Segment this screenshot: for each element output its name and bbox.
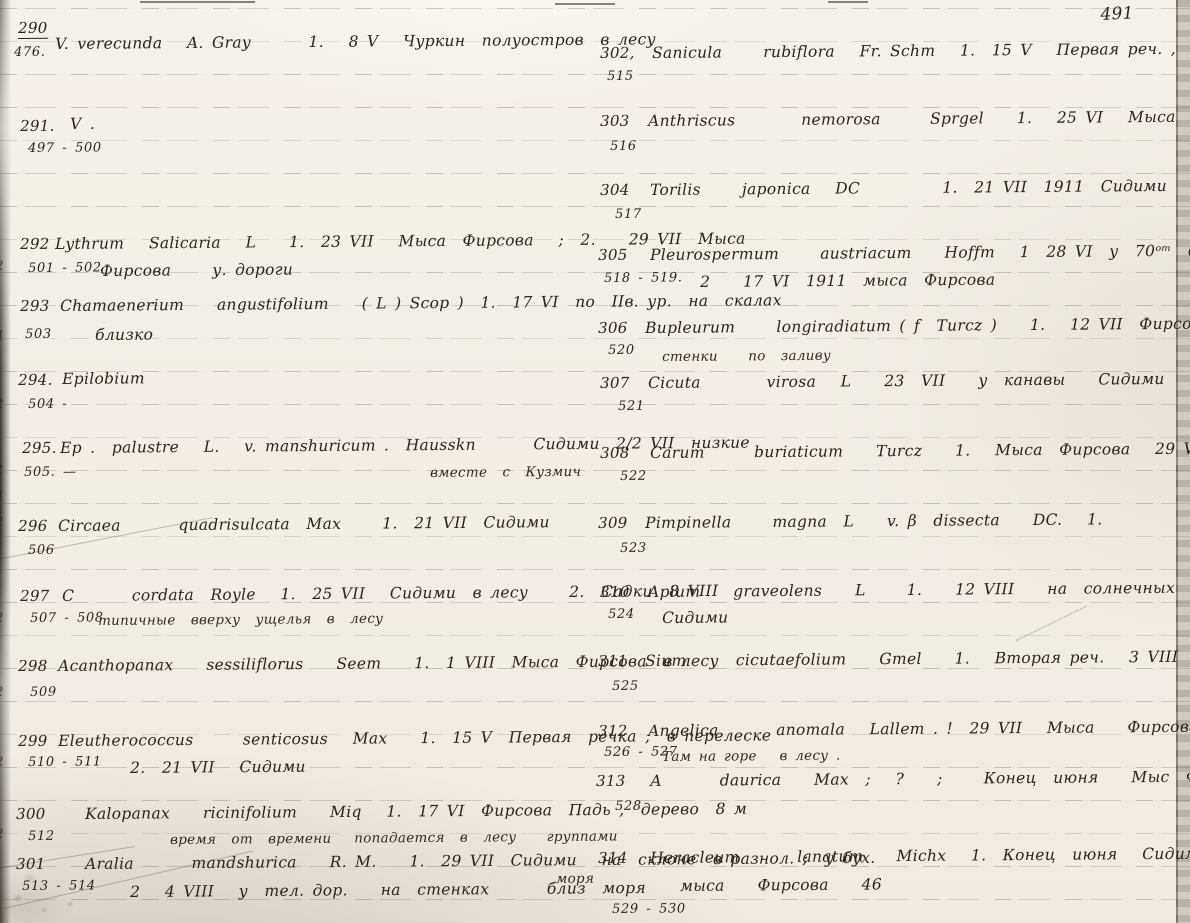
ruled-line — [0, 173, 1190, 174]
entry-297-number: 297 — [20, 588, 50, 605]
entry-300-line-2: время от времени попадается в лесу групп… — [170, 829, 618, 847]
entry-292-line-1: Lythrum Salicaria L 1. 23 VII Мыса Фирсо… — [55, 231, 746, 253]
margin-mark: 2 — [0, 398, 4, 412]
entry-310-line-1: Apium graveolens L 1. 12 VIII на солнечн… — [648, 578, 1190, 601]
entry-291-line-1: V . — [70, 116, 95, 133]
entry-306-specimens: 520 — [608, 344, 635, 359]
entry-294-number: 294. — [18, 372, 53, 389]
entry-296-specimens: 506 — [28, 544, 55, 559]
entry-307-line-1: Cicuta virosa L 23 VII у канавы Сидими — [648, 371, 1165, 392]
entry-312-number: 312 — [598, 723, 628, 740]
entry-303-line-1: Anthriscus nemorosa Sprgel 1. 25 VI Мыса… — [648, 107, 1190, 130]
crease-line — [1016, 606, 1087, 642]
ruled-line — [0, 470, 1190, 471]
entry-294-specimens: 504 - — [28, 398, 67, 413]
entry-310-number: 310 — [600, 584, 630, 601]
entry-308-number: 308 — [600, 445, 630, 462]
margin-mark: 2 — [0, 260, 4, 274]
entry-314-number: 314 — [598, 850, 628, 867]
entry-312-line-1: Angelica anomala Lallem . ! 29 VII Мыса … — [648, 716, 1190, 740]
entry-304-specimens: 517 — [615, 208, 642, 223]
entry-303-number: 303 — [600, 113, 630, 130]
entry-314-line-1: Heracleum lanatum Michx 1. Конец июня Си… — [650, 845, 1190, 868]
ruled-line — [0, 107, 1190, 108]
entry-303-specimens: 516 — [610, 140, 637, 155]
entry-291-specimens: 497 - 500 — [28, 141, 102, 156]
entry-307-specimens: 521 — [618, 400, 645, 415]
entry-310-line-2: Сидими — [662, 609, 728, 627]
entry-298-number: 298 — [18, 658, 48, 675]
entry-296-line-1: Circaea quadrisulcata Max 1. 21 VII Сиди… — [58, 514, 550, 535]
entry-290-specimens: 476. — [14, 46, 45, 61]
entry-298-specimens: 509 — [30, 686, 57, 701]
margin-mark: 2 — [0, 516, 4, 530]
entry-309-specimens: 523 — [620, 542, 647, 557]
ruled-line — [0, 8, 1190, 9]
manuscript-page: 491 290476.V. verecunda A. Gray 1. 8 V Ч… — [0, 0, 1190, 923]
ruled-line — [0, 503, 1190, 504]
margin-mark: 2 — [0, 828, 4, 842]
entry-311-specimens: 525 — [612, 680, 639, 695]
entry-295-specimens: 505. — — [24, 466, 77, 481]
ruled-line — [0, 701, 1190, 702]
margin-mark: 2 — [0, 612, 4, 626]
entry-304-line-1: Torilis japonica DC 1. 21 VII 1911 Сидим… — [650, 178, 1167, 199]
entry-314-specimens: 529 - 530 — [612, 902, 686, 917]
entry-308-specimens: 522 — [620, 470, 647, 485]
entry-300-number: 300 — [16, 806, 46, 823]
entry-297-specimens: 507 - 508 — [30, 611, 104, 626]
entry-292-specimens: 501 - 502 — [28, 261, 102, 276]
scan-edge-dash — [555, 3, 615, 5]
entry-313-specimens: 528 — [615, 800, 642, 815]
entry-290-line-1: V. verecunda A. Gray 1. 8 V Чуркин полуо… — [55, 31, 656, 53]
entry-313-number: 313 — [596, 773, 626, 790]
scan-edge-dash — [828, 1, 868, 3]
entry-292-line-2: Фирсова у. дороги — [100, 261, 293, 280]
entry-293-line-2: близко — [95, 327, 153, 345]
entry-304-number: 304 — [600, 182, 630, 199]
entry-302-number: 302, — [600, 45, 635, 62]
entry-290-number: 290 — [18, 20, 48, 39]
entry-293-line-1: Chamaenerium angustifolium ( L ) Scop ) … — [60, 292, 782, 315]
entry-299-specimens: 510 - 511 — [28, 755, 102, 770]
entry-306-number: 306 — [598, 320, 628, 337]
entry-305-number: 305 — [598, 247, 628, 264]
entry-313-line-1: А daurica Max ; ? ; Конец июня Мыс Фирсо… — [650, 767, 1190, 790]
margin-mark: 4 — [0, 490, 4, 504]
scan-edge-dash — [140, 1, 255, 3]
entry-294-line-1: Epilobium — [62, 370, 145, 388]
entry-299-line-2: 2. 21 VII Сидими — [130, 759, 306, 777]
ruled-line — [0, 635, 1190, 636]
margin-mark: 2 — [0, 756, 4, 770]
entry-292-number: 292 — [20, 236, 50, 253]
entry-291-number: 291. — [20, 118, 55, 135]
entry-306-line-2: стенки по заливу — [662, 349, 831, 365]
entry-301-specimens: 513 - 514 — [22, 879, 96, 894]
ruled-line — [0, 140, 1190, 141]
entry-308-line-1: Carum buriaticum Turcz 1. Мыса Фирсова 2… — [650, 441, 1190, 462]
entry-297-line-2: типичные вверху ущелья в лесу — [98, 612, 383, 629]
ruled-line — [0, 206, 1190, 207]
entry-311-number: 311 — [598, 653, 628, 670]
entry-305-line-1: Pleurospermum austriacum Hoffm 1 28 VI у… — [650, 241, 1190, 264]
binding-edge-left — [0, 0, 11, 923]
ruled-line — [0, 338, 1190, 339]
entry-293-specimens: 503 — [25, 328, 52, 343]
entry-309-line-1: Pimpinella magna L v. β dissecta DC. 1. — [645, 511, 1103, 532]
entry-302-specimens: 515 — [607, 70, 634, 85]
entry-312-line-2: Там на горе в лесу . — [662, 749, 841, 765]
entry-301-line-3: 2 4 VIII у тел. дор. на стенках близ мор… — [130, 880, 646, 901]
entry-314-line-2: мыса Фирсова 46 — [680, 876, 882, 895]
margin-mark: 2 — [0, 686, 4, 700]
ruled-line — [0, 569, 1190, 570]
entry-307-number: 307 — [600, 375, 630, 392]
entry-299-number: 299 — [18, 733, 48, 750]
entry-310-specimens: 524 — [608, 608, 635, 623]
entry-300-specimens: 512 — [28, 830, 55, 845]
margin-mark: 2 — [0, 464, 4, 478]
entry-296-number: 296 — [18, 518, 48, 535]
entry-302-line-1: Sanicula rubiflora Fr. Schm 1. 15 V Перв… — [652, 40, 1190, 62]
ruled-line — [0, 74, 1190, 75]
ruled-line — [0, 404, 1190, 405]
margin-mark: 4 — [0, 330, 4, 344]
entry-295-line-2: вместе с Кузмич — [430, 465, 581, 481]
entry-295-number: 295. — [22, 440, 57, 457]
entry-305-line-2: 2 17 VI 1911 мыса Фирсова — [700, 272, 995, 291]
entry-295-line-1: Ep . palustre L. v. manshuricum . Haussk… — [60, 435, 750, 457]
entry-305-specimens: 518 - 519. — [604, 271, 683, 286]
entry-293-number: 293 — [20, 298, 50, 315]
entry-311-line-1: Sium cicutaefolium Gmel 1. Вторая реч. 3… — [645, 648, 1190, 670]
ruled-line — [0, 536, 1190, 537]
entry-309-number: 309 — [598, 515, 628, 532]
entry-301-number: 301 — [16, 856, 46, 873]
entry-300-line-1: Kalopanax ricinifolium Miq 1. 17 VI Фирс… — [85, 801, 747, 823]
entry-306-line-1: Bupleurum longiradiatum ( f Turcz ) 1. 1… — [645, 314, 1190, 337]
